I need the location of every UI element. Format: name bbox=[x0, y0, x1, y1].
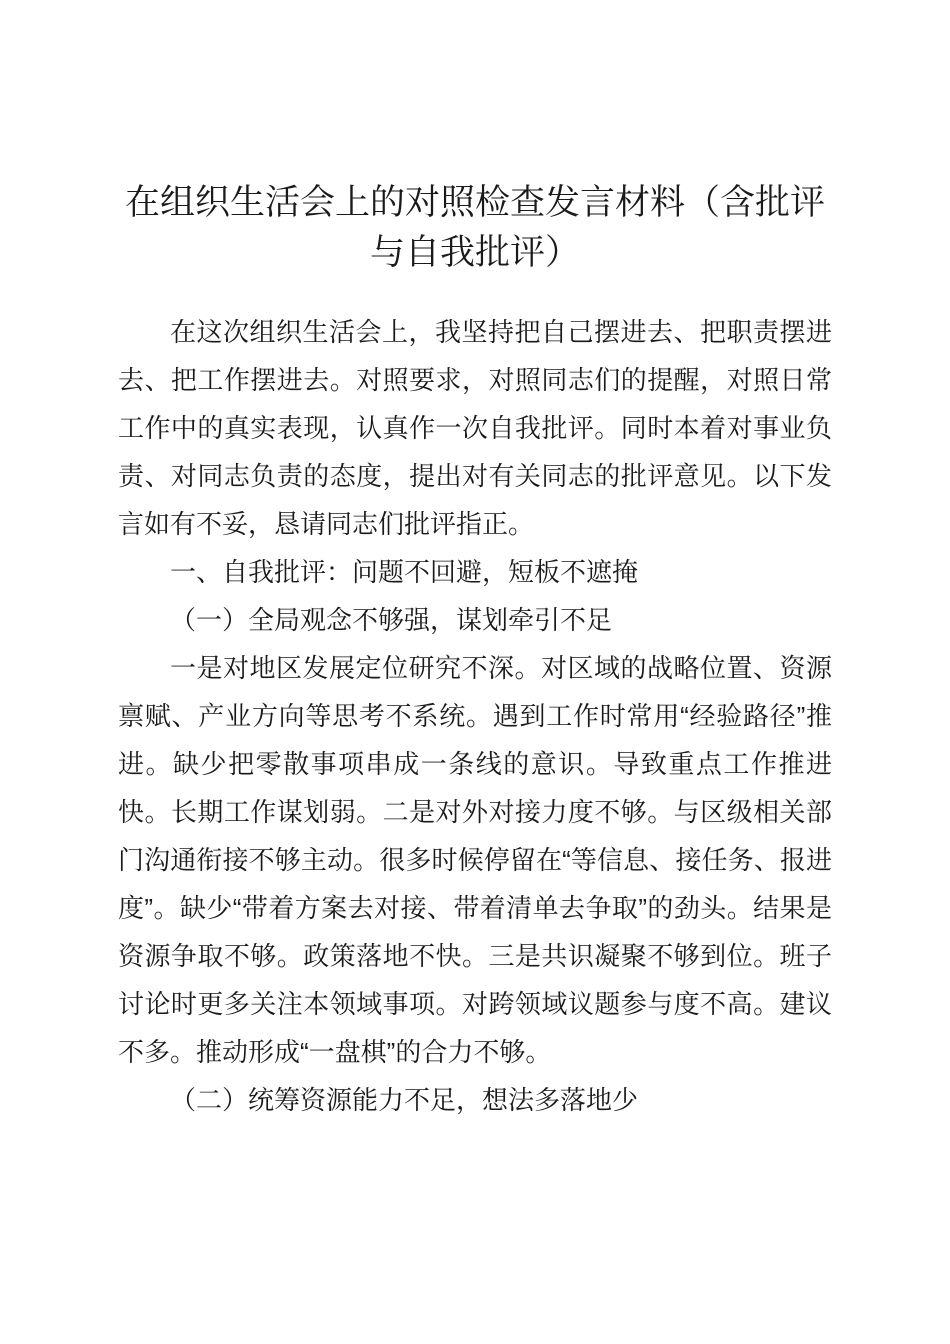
document-title: 在组织生活会上的对照检查发言材料（含批评与自我批评） bbox=[118, 178, 832, 278]
heading-section-self-criticism: 一、自我批评：问题不回避，短板不遮掩 bbox=[118, 548, 832, 596]
heading-subsection-2: （二）统筹资源能力不足，想法多落地少 bbox=[118, 1076, 832, 1124]
paragraph-opening: 在这次组织生活会上，我坚持把自己摆进去、把职责摆进去、把工作摆进去。对照要求，对… bbox=[118, 308, 832, 548]
paragraph-subsection-1-body: 一是对地区发展定位研究不深。对区域的战略位置、资源禀赋、产业方向等思考不系统。遇… bbox=[118, 644, 832, 1076]
document-page: 在组织生活会上的对照检查发言材料（含批评与自我批评） 在这次组织生活会上，我坚持… bbox=[0, 0, 950, 1344]
heading-subsection-1: （一）全局观念不够强，谋划牵引不足 bbox=[118, 596, 832, 644]
